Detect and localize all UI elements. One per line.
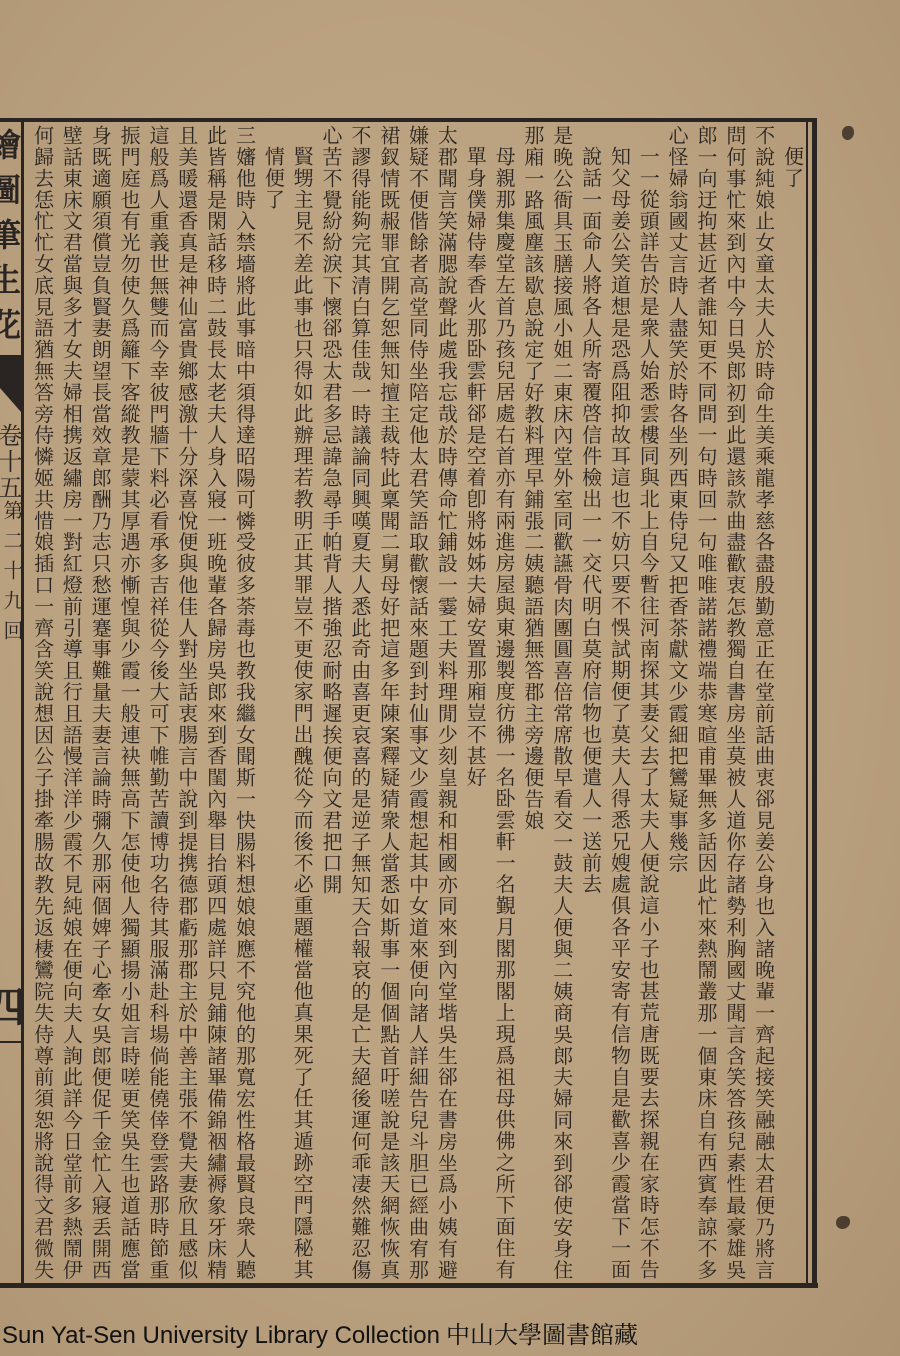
- text-column: 問何事忙來到內中今日吳郎初到此還該款曲盡歡衷怎教獨自書房坐莫被人道你存諸勢利胸國…: [720, 125, 749, 1285]
- volume-label: 卷十五: [0, 423, 20, 501]
- watermark-chinese: 中山大學圖書館藏: [446, 1322, 638, 1349]
- library-watermark: Sun Yat-Sen University Library Collectio…: [2, 1321, 638, 1351]
- text-column: 裙釵情既赧罪宜開乞恕無知擅主裁特此稟聞二舅母好把這多年陳案釋疑猜衆人當悉如斯事一…: [374, 125, 403, 1285]
- text-column: 這般爲人重義世無雙而今幸彼門牆下料必看承多吉祥從今後大可下帷勤苦讀博功名待其服滿…: [143, 125, 172, 1285]
- watermark-english: Sun Yat-Sen University Library Collectio…: [2, 1322, 440, 1349]
- text-column: 一一從頭詳告於是衆人始悉雲樓同與北上自今暫往河南探其妻父去了太夫人便說這小子也甚…: [633, 125, 662, 1285]
- chapter-label: 第二十九回: [2, 500, 22, 650]
- text-column: 太郡聞言笑滿腮說聲此處我忘哉於時傳命忙鋪設一霎工夫料理閒少刻皇親和相國亦同來到內…: [432, 125, 461, 1285]
- text-column: 三嬸他時入禁墻將此事暗中須得達昭陽可憐受彼多荼毒也教我繼女聞斯一快腸料想娘娘應不…: [230, 125, 259, 1285]
- book-title: 繪圖筆生花: [0, 128, 19, 353]
- scanned-book-page: 繪圖筆生花 卷十五 第二十九回 四 便了 不說純娘止女童太夫人於時命生美乘龍孝慈…: [0, 0, 900, 1356]
- page-number: 四: [0, 985, 22, 1027]
- text-column: 賢甥主見不差此事也只得如此辦理若教明正其罪豈不更使家門出醜從今而後不必重題權當他…: [287, 125, 316, 1285]
- text-column: 不說純娘止女童太夫人於時命生美乘龍孝慈各盡殷勤意正在堂前話曲衷郤見姜公身也入諸晚…: [749, 125, 778, 1285]
- text-column: 那廂一路風塵該歇息說定了好教料理早鋪張二姨聽語猶無答郡主旁邊便告娘: [518, 125, 547, 1285]
- text-column: 心苦不覺紛紛淚下懷郤恐太君多忌諱急尋手帕背人揩強忍耐略遲挨便向文君把口開: [316, 125, 345, 1285]
- text-column: 身既適願須償豈負賢妻朗望長當效章郎酬乃志只愁運蹇事難量夫妻言論時彌久那兩個婢子心…: [85, 125, 114, 1285]
- text-column: 說話一面命人將各人所寄覆啓信件檢出一一交代明白莫府信物也便遣人一送前去: [576, 125, 605, 1285]
- text-column: 此皆稱是閑話移時二鼓長太老夫人身入寢一班晚輩各歸房吳郎來到香閨內舉目抬頭四處詳只…: [201, 125, 230, 1285]
- text-column: 何歸去恁忙忙女底見語猶無答旁侍憐姬共惜娘插口一齊含笑說想因公子掛牽腸故教先返棲鸞…: [28, 125, 57, 1285]
- frame-border-top: [0, 118, 817, 122]
- fishtail-mark-icon: [0, 355, 21, 412]
- text-column: 且美暖還香真是神仙富貴鄉感激十分深喜悅便與他佳人對坐話衷腸言中說到提携德郡虧那郡…: [172, 125, 201, 1285]
- text-column: 嫌疑不便偕餘者高堂同侍坐陪定他太君笑語取歡懷話來題到封仙事文少霞想起其中女道來便…: [403, 125, 432, 1285]
- text-column: 知父母姜公笑道想是恐爲阻抑故耳這也不妨只要不悞試期便了莫夫人得悉兄嫂處俱各平安寄…: [605, 125, 634, 1285]
- paper-wormhole: [836, 1216, 850, 1229]
- frame-border-right-outer: [812, 118, 817, 1288]
- text-column: 壁話東床文君當與多才女夫婦相携返繡房一對紅燈前引導且行且語慢洋洋少霞不見純娘在便…: [57, 125, 86, 1285]
- text-column: 心怪婦翁國丈言時人盡笑於時各坐列西東侍兒又把香茶獻文少霞細把鸞疑事幾宗: [662, 125, 691, 1285]
- text-column: 便了: [778, 125, 807, 1285]
- text-column: 單身僕婦侍奉香火那卧雲軒郤是空着卽將姊姊夫婦安置那廂豈不甚好: [460, 125, 489, 1285]
- text-column: 情便了: [258, 125, 287, 1285]
- text-column: 是晚公衙具玉膳接風小姐二東床內堂外室同歡讌骨肉團圓喜倍常席散早看交一鼓夫人便與二…: [547, 125, 576, 1285]
- paper-wormhole: [842, 126, 854, 140]
- text-column: 振門庭也有光勿使久爲籬下客縱教是蒙其厚遇亦慚惶與少霞一般連袂無高下怎使他人獨顯揚…: [114, 125, 143, 1285]
- margin-divider: [0, 1041, 22, 1043]
- text-column: 郎一向迂拘甚近者誰知更不同問一句時回一句唯唯諾諾禮端恭寒暄甫畢無多話因此忙來熱鬧…: [691, 125, 720, 1285]
- text-column: 不謬得能夠完其清白算佳哉一時議論同興嘆夏夫人悉此奇由喜更哀喜的是逆子無知天合報哀…: [345, 125, 374, 1285]
- text-column: 母親那集慶堂左首乃孩兒居處右首亦有兩進房屋與東邊製度彷彿一名卧雲軒一名覲月閣那閣…: [489, 125, 518, 1285]
- main-text-body: 便了 不說純娘止女童太夫人於時命生美乘龍孝慈各盡殷勤意正在堂前話曲衷郤見姜公身也…: [28, 125, 807, 1285]
